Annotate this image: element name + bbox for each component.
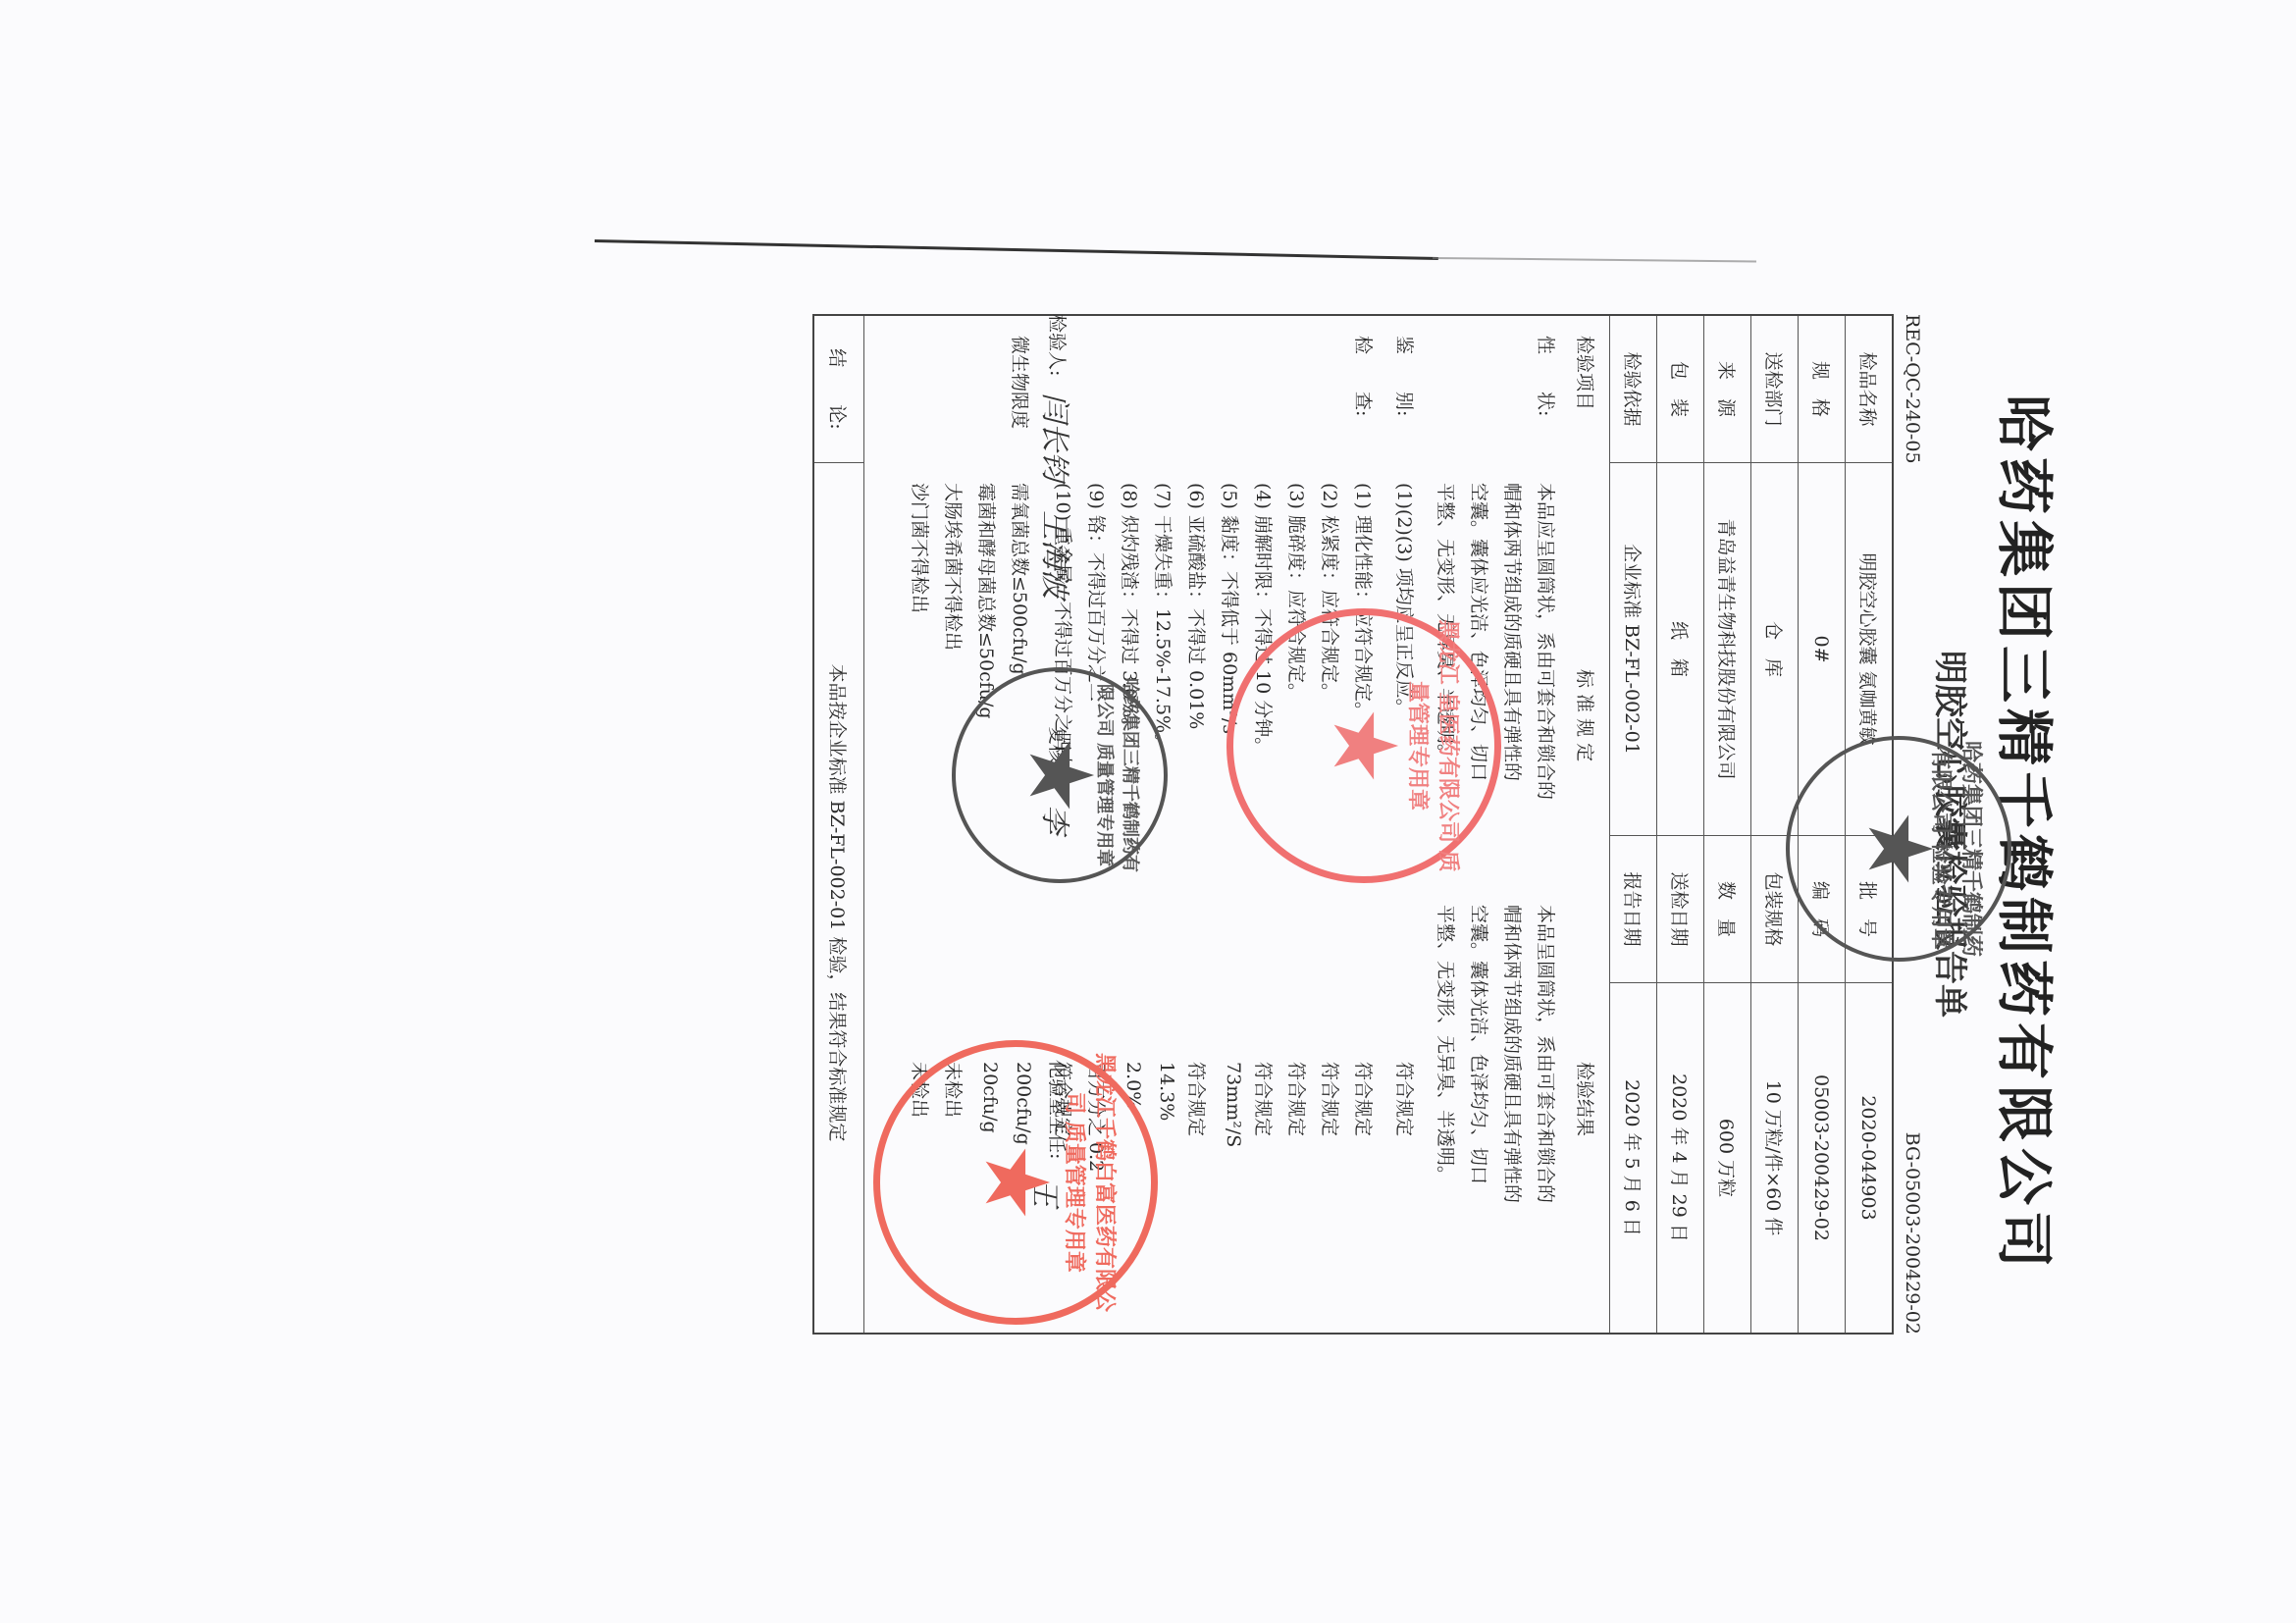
standard-text: (7) 干燥失重：12.5%-17.5%。 [1151,483,1177,752]
result-text: 73mm²/S [1223,1062,1244,1147]
result-text: 本品呈圆筒状，系由可套合和锁合的 [1534,905,1560,1203]
stamp-star-icon: ★ [971,1143,1060,1223]
column-header-standard: 标 准 规 定 [1573,669,1599,761]
field-value: 600 万粒 [1704,983,1750,1333]
report-number: BG-05003-200429-02 [1902,1132,1923,1335]
column-header-result: 检验结果 [1573,1062,1599,1136]
field-value: 10 万粒/件×60 件 [1751,983,1798,1333]
quality-stamp-red: ★ 黑龙江 皇医药有限公司 质量管理专用章 [1226,608,1501,883]
field-value: 2020-044903 [1846,983,1892,1333]
field-value: 青岛益青生物科技股份有限公司 [1704,463,1750,836]
field-label: 数 量 [1704,836,1750,983]
result-text: 空囊。囊体光洁、色泽均匀、切口 [1467,905,1493,1184]
standard-text: 帽和体两节组成的质硬且具有弹性的 [1500,483,1527,781]
standard-text: (6) 亚硫酸盐：不得过 0.01% [1184,483,1211,729]
field-value: 纸 箱 [1657,463,1703,836]
conclusion-text: 本品按企业标准 BZ-FL-002-01 检验，结果符合标准规定 [814,463,863,1333]
inspection-stamp: ★ 哈药集团三精千鹤制药有限公司 检验专用章 [1786,736,2011,962]
inspection-report: 哈药集团三精千鹤制药有限公司 明胶空心胶囊检验报告单 REC-QC-240-05… [677,314,2070,1354]
inspector-label: 检验人: [1045,314,1071,376]
info-row: 检验依据企业标准 BZ-FL-002-01报告日期2020 年 5 月 6 日 [1609,316,1656,1333]
field-label: 规 格 [1799,316,1845,463]
result-text: 14.3% [1156,1062,1177,1121]
result-text: 平整、无变形、无异臭、半透明。 [1434,905,1460,1184]
conclusion-row: 结 论: 本品按企业标准 BZ-FL-002-01 检验，结果符合标准规定 [814,316,863,1333]
result-text: 符合规定 [1318,1062,1344,1136]
standard-text: 沙门菌不得检出 [908,483,934,613]
field-label: 检品名称 [1846,316,1892,463]
info-row: 包 装纸 箱送检日期2020 年 4 月 29 日 [1656,316,1703,1333]
result-text: 符合规定 [1251,1062,1278,1136]
field-label: 来 源 [1704,316,1750,463]
field-value: 2020 年 5 月 6 日 [1610,983,1656,1333]
item-group-name: 鉴 别: [1392,336,1419,416]
conclusion-label: 结 论: [814,316,863,463]
field-value: 企业标准 BZ-FL-002-01 [1610,463,1656,836]
result-text: 符合规定 [1392,1062,1419,1136]
result-text: 符合规定 [1351,1062,1378,1136]
quality-stamp-gray: ★ 哈药集团三精千鹤制药有限公司 质量管理专用章 [952,667,1168,883]
result-text: 符合规定 [1284,1062,1311,1136]
field-label: 包 装 [1657,316,1703,463]
quality-stamp-red-2: ★ 黑龙江千鹤白富医药有限公司 质量管理专用章 [873,1040,1158,1325]
scan-edge-line [595,239,1438,260]
item-group-name: 微生物限度 [1008,336,1034,429]
field-label: 报告日期 [1610,836,1656,983]
item-group-name: 性 状: [1534,336,1560,416]
form-code: REC-QC-240-05 [1902,314,1923,464]
standard-text: 大肠埃希菌不得检出 [941,483,967,651]
field-value: 2020 年 4 月 29 日 [1657,983,1703,1333]
standard-text: 本品应呈圆筒状，系由可套合和锁合的 [1534,483,1560,800]
standard-text: (9) 铬：不得过百万分之二 [1084,483,1111,702]
column-header-item: 检验项目 [1573,336,1599,410]
field-value: 仓 库 [1751,463,1798,836]
standard-text: 需氧菌总数≤500cfu/g [1008,483,1034,675]
stamp-star-icon: ★ [1016,736,1104,815]
result-text: 帽和体两节组成的质硬且具有弹性的 [1500,905,1527,1203]
field-label: 送检日期 [1657,836,1703,983]
inspector-signature: 闫长钧 王海波 [1036,393,1079,599]
field-label: 送检部门 [1751,316,1798,463]
scan-edge-line [1433,257,1756,262]
result-text: 符合规定 [1184,1062,1211,1136]
info-row: 来 源青岛益青生物科技股份有限公司数 量600 万粒 [1703,316,1750,1333]
field-label: 检验依据 [1610,316,1656,463]
stamp-star-icon: ★ [1320,707,1408,786]
item-group-name: 检 查: [1351,336,1378,416]
standard-text: 霉菌和酵母菌总数≤50cfu/g [974,483,1001,719]
field-value: 05003-200429-02 [1799,983,1845,1333]
